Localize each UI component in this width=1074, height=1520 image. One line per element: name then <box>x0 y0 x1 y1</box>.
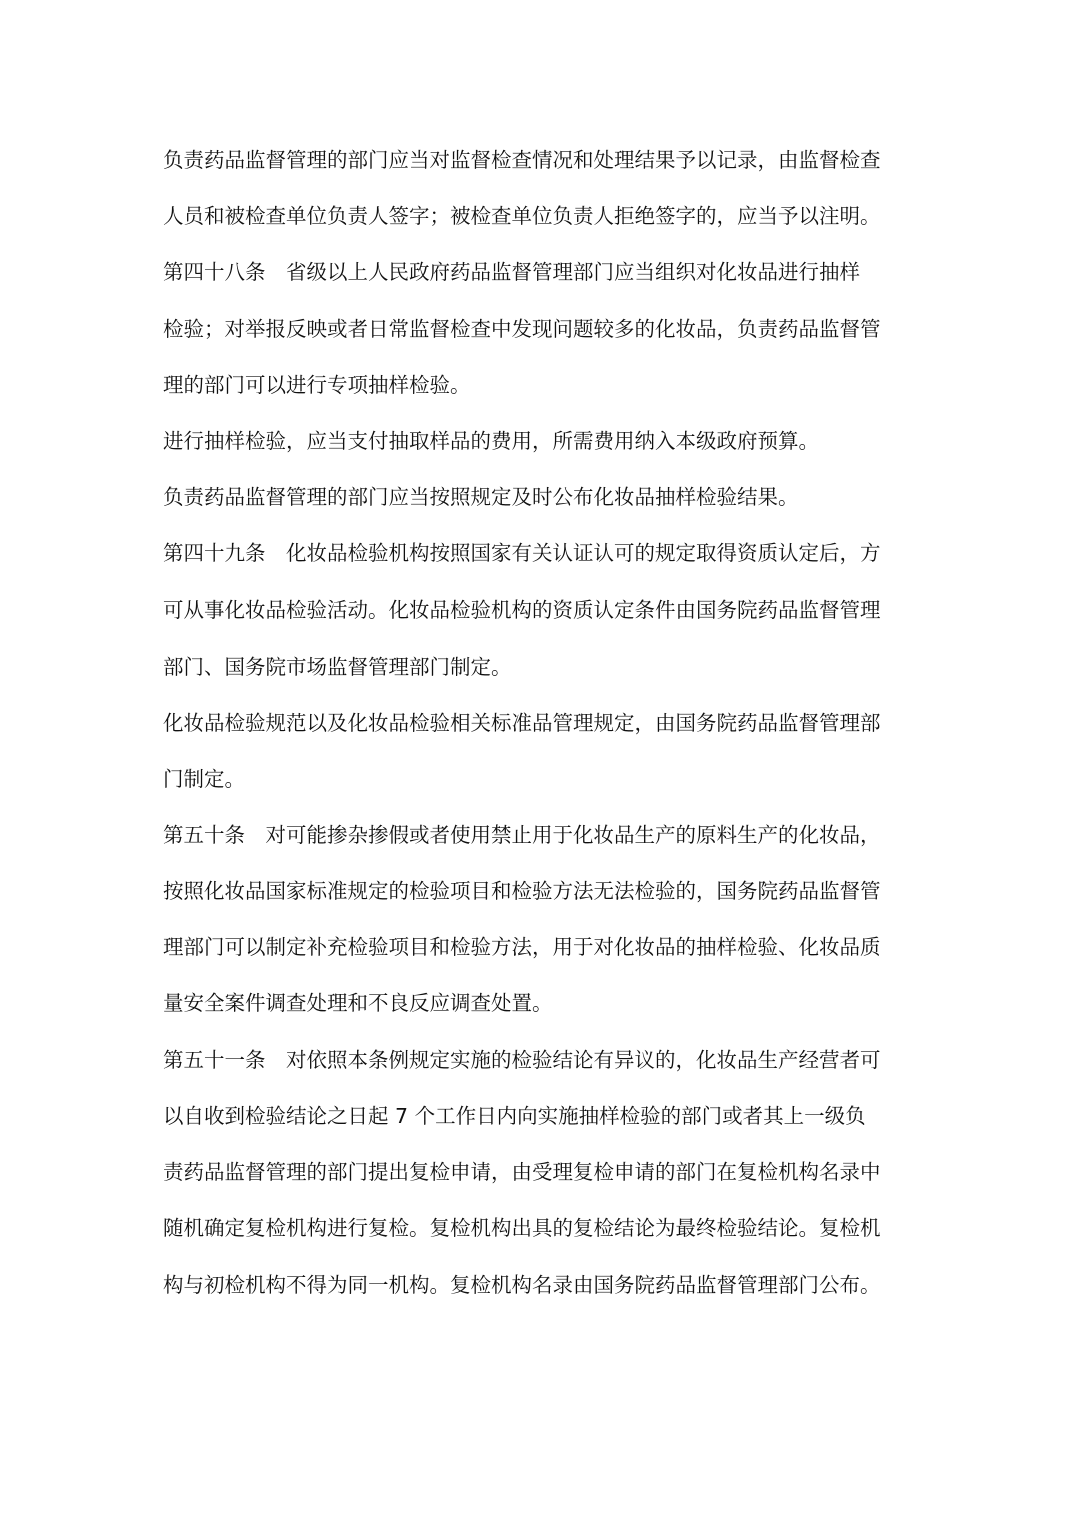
text-line: 构与初检机构不得为同一机构。复检机构名录由国务院药品监督管理部门公布。 <box>163 1271 923 1299</box>
text-line: 进行抽样检验，应当支付抽取样品的费用，所需费用纳入本级政府预算。 <box>163 427 923 455</box>
document-page: 负责药品监督管理的部门应当对监督检查情况和处理结果予以记录，由监督检查 人员和被… <box>0 0 1074 1520</box>
article-48-heading-line: 第四十八条 省级以上人民政府药品监督管理部门应当组织对化妆品进行抽样 <box>163 258 923 286</box>
text-line: 部门、国务院市场监督管理部门制定。 <box>163 653 923 681</box>
text-line: 以自收到检验结论之日起 7 个工作日内向实施抽样检验的部门或者其上一级负 <box>163 1102 923 1130</box>
text-line: 按照化妆品国家标准规定的检验项目和检验方法无法检验的，国务院药品监督管 <box>163 877 923 905</box>
text-line: 责药品监督管理的部门提出复检申请，由受理复检申请的部门在复检机构名录中 <box>163 1158 923 1186</box>
text-line: 门制定。 <box>163 765 923 793</box>
text-line: 负责药品监督管理的部门应当对监督检查情况和处理结果予以记录，由监督检查 <box>163 146 923 174</box>
text-line: 理部门可以制定补充检验项目和检验方法，用于对化妆品的抽样检验、化妆品质 <box>163 933 923 961</box>
article-50-heading-line: 第五十条 对可能掺杂掺假或者使用禁止用于化妆品生产的原料生产的化妆品， <box>163 821 923 849</box>
text-line: 负责药品监督管理的部门应当按照规定及时公布化妆品抽样检验结果。 <box>163 483 923 511</box>
text-line: 可从事化妆品检验活动。化妆品检验机构的资质认定条件由国务院药品监督管理 <box>163 596 923 624</box>
text-line: 理的部门可以进行专项抽样检验。 <box>163 371 923 399</box>
text-line: 检验；对举报反映或者日常监督检查中发现问题较多的化妆品，负责药品监督管 <box>163 315 923 343</box>
text-line: 化妆品检验规范以及化妆品检验相关标准品管理规定，由国务院药品监督管理部 <box>163 709 923 737</box>
text-line: 量安全案件调查处理和不良反应调查处置。 <box>163 989 923 1017</box>
text-line: 随机确定复检机构进行复检。复检机构出具的复检结论为最终检验结论。复检机 <box>163 1214 923 1242</box>
article-51-heading-line: 第五十一条 对依照本条例规定实施的检验结论有异议的，化妆品生产经营者可 <box>163 1046 923 1074</box>
text-line: 人员和被检查单位负责人签字；被检查单位负责人拒绝签字的，应当予以注明。 <box>163 202 923 230</box>
article-49-heading-line: 第四十九条 化妆品检验机构按照国家有关认证认可的规定取得资质认定后，方 <box>163 539 923 567</box>
